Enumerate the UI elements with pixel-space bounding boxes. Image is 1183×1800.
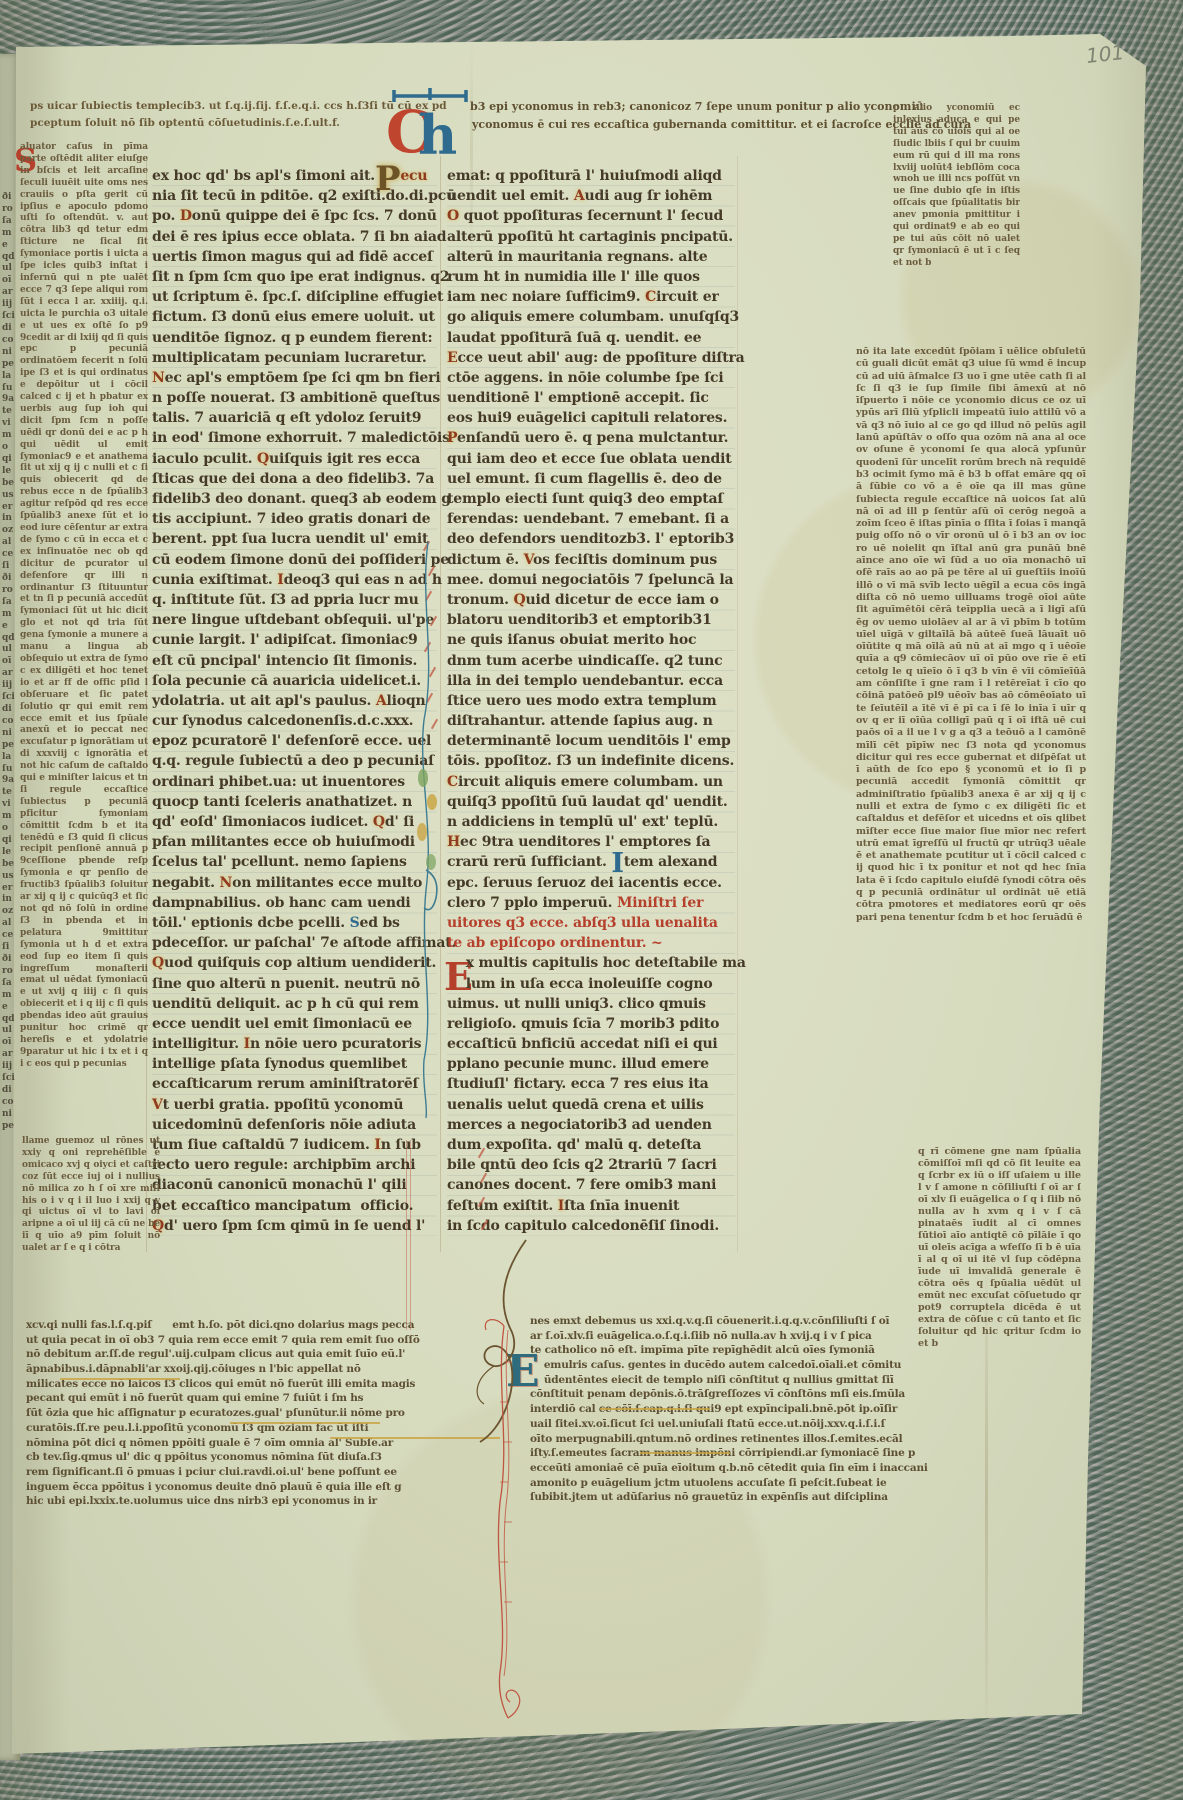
yellow-underline xyxy=(640,1452,730,1454)
chapter-monogram-ch-icon: C h xyxy=(386,80,486,180)
header-line1: b3 epi yconomus in reb3; canonicoz 7 ſep… xyxy=(470,100,924,113)
header-gloss-line1: ps uicar ſubiectis templecib3. ut ſ.q.ij… xyxy=(30,100,447,112)
binding-edge-text: ði ro ſa me qd ul oī ar iij ſci di co ni… xyxy=(2,192,17,1132)
folio-number: 101 xyxy=(1085,40,1125,68)
svg-text:h: h xyxy=(418,103,457,167)
marginal-gloss-bottom-left: llame guemoz ul rōnes ut xxiy q oni repr… xyxy=(22,1136,160,1328)
header-gloss-line2: pceptum ſoluit nō ſib optentū cōſuetudin… xyxy=(30,117,340,129)
marginal-gloss-right-upper: p alio yconomiū ec inlexius aduca e qui … xyxy=(893,103,1020,348)
yellow-underline xyxy=(60,1378,180,1380)
red-penwork-flourish-icon xyxy=(484,1322,540,1722)
yellow-underline xyxy=(230,1422,380,1424)
blue-flourish-icon xyxy=(414,540,444,1120)
yellow-underline xyxy=(600,1408,710,1410)
main-text-column-right: emat: q ppoſiturā l' huiuſmodi aliqduend… xyxy=(447,166,735,1236)
main-text-column-left: ex hoc qd' bs apl's ſimoni ait.Pecunia ſ… xyxy=(152,166,437,1236)
marginal-gloss-right-main: nō ita late excedūt ſpōiam ī uēlice obſu… xyxy=(856,346,1086,1146)
manuscript-photo: 101 ði ro ſa me qd ul oī ar iij ſci di c… xyxy=(0,0,1183,1800)
